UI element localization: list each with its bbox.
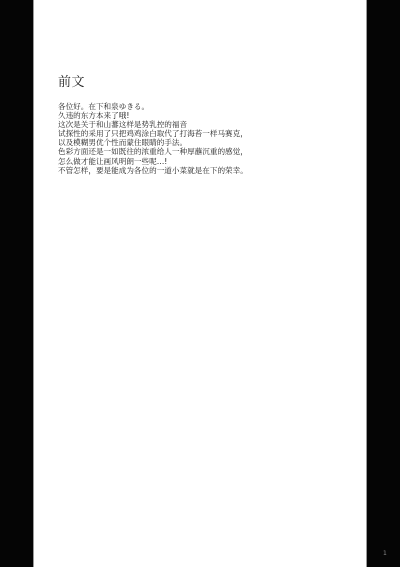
text-line: 各位好。在下和泉ゆきる。	[58, 102, 358, 111]
page-title: 前文	[58, 71, 85, 90]
document-page: 前文 各位好。在下和泉ゆきる。 久违的东方本来了哦! 这次是关于和山蕃这样是势乳…	[33, 0, 367, 567]
text-line: 这次是关于和山蕃这样是势乳控的福音	[58, 120, 358, 129]
text-line: 试探性的采用了只把鸡鸡涂白取代了打海苔一样马赛克，	[58, 129, 358, 138]
text-line: 色彩方面还是一如既往的浓重给人一种厚蘸沉重的感觉，	[58, 147, 358, 156]
text-line: 怎么做才能让画风明朗一些呢…!	[58, 157, 358, 166]
text-line: 不管怎样，要是能成为各位的一道小菜就是在下的荣幸。	[58, 166, 358, 175]
page-number: 1	[383, 550, 387, 557]
preface-body: 各位好。在下和泉ゆきる。 久违的东方本来了哦! 这次是关于和山蕃这样是势乳控的福…	[58, 102, 358, 175]
text-line: 久违的东方本来了哦!	[58, 111, 358, 120]
